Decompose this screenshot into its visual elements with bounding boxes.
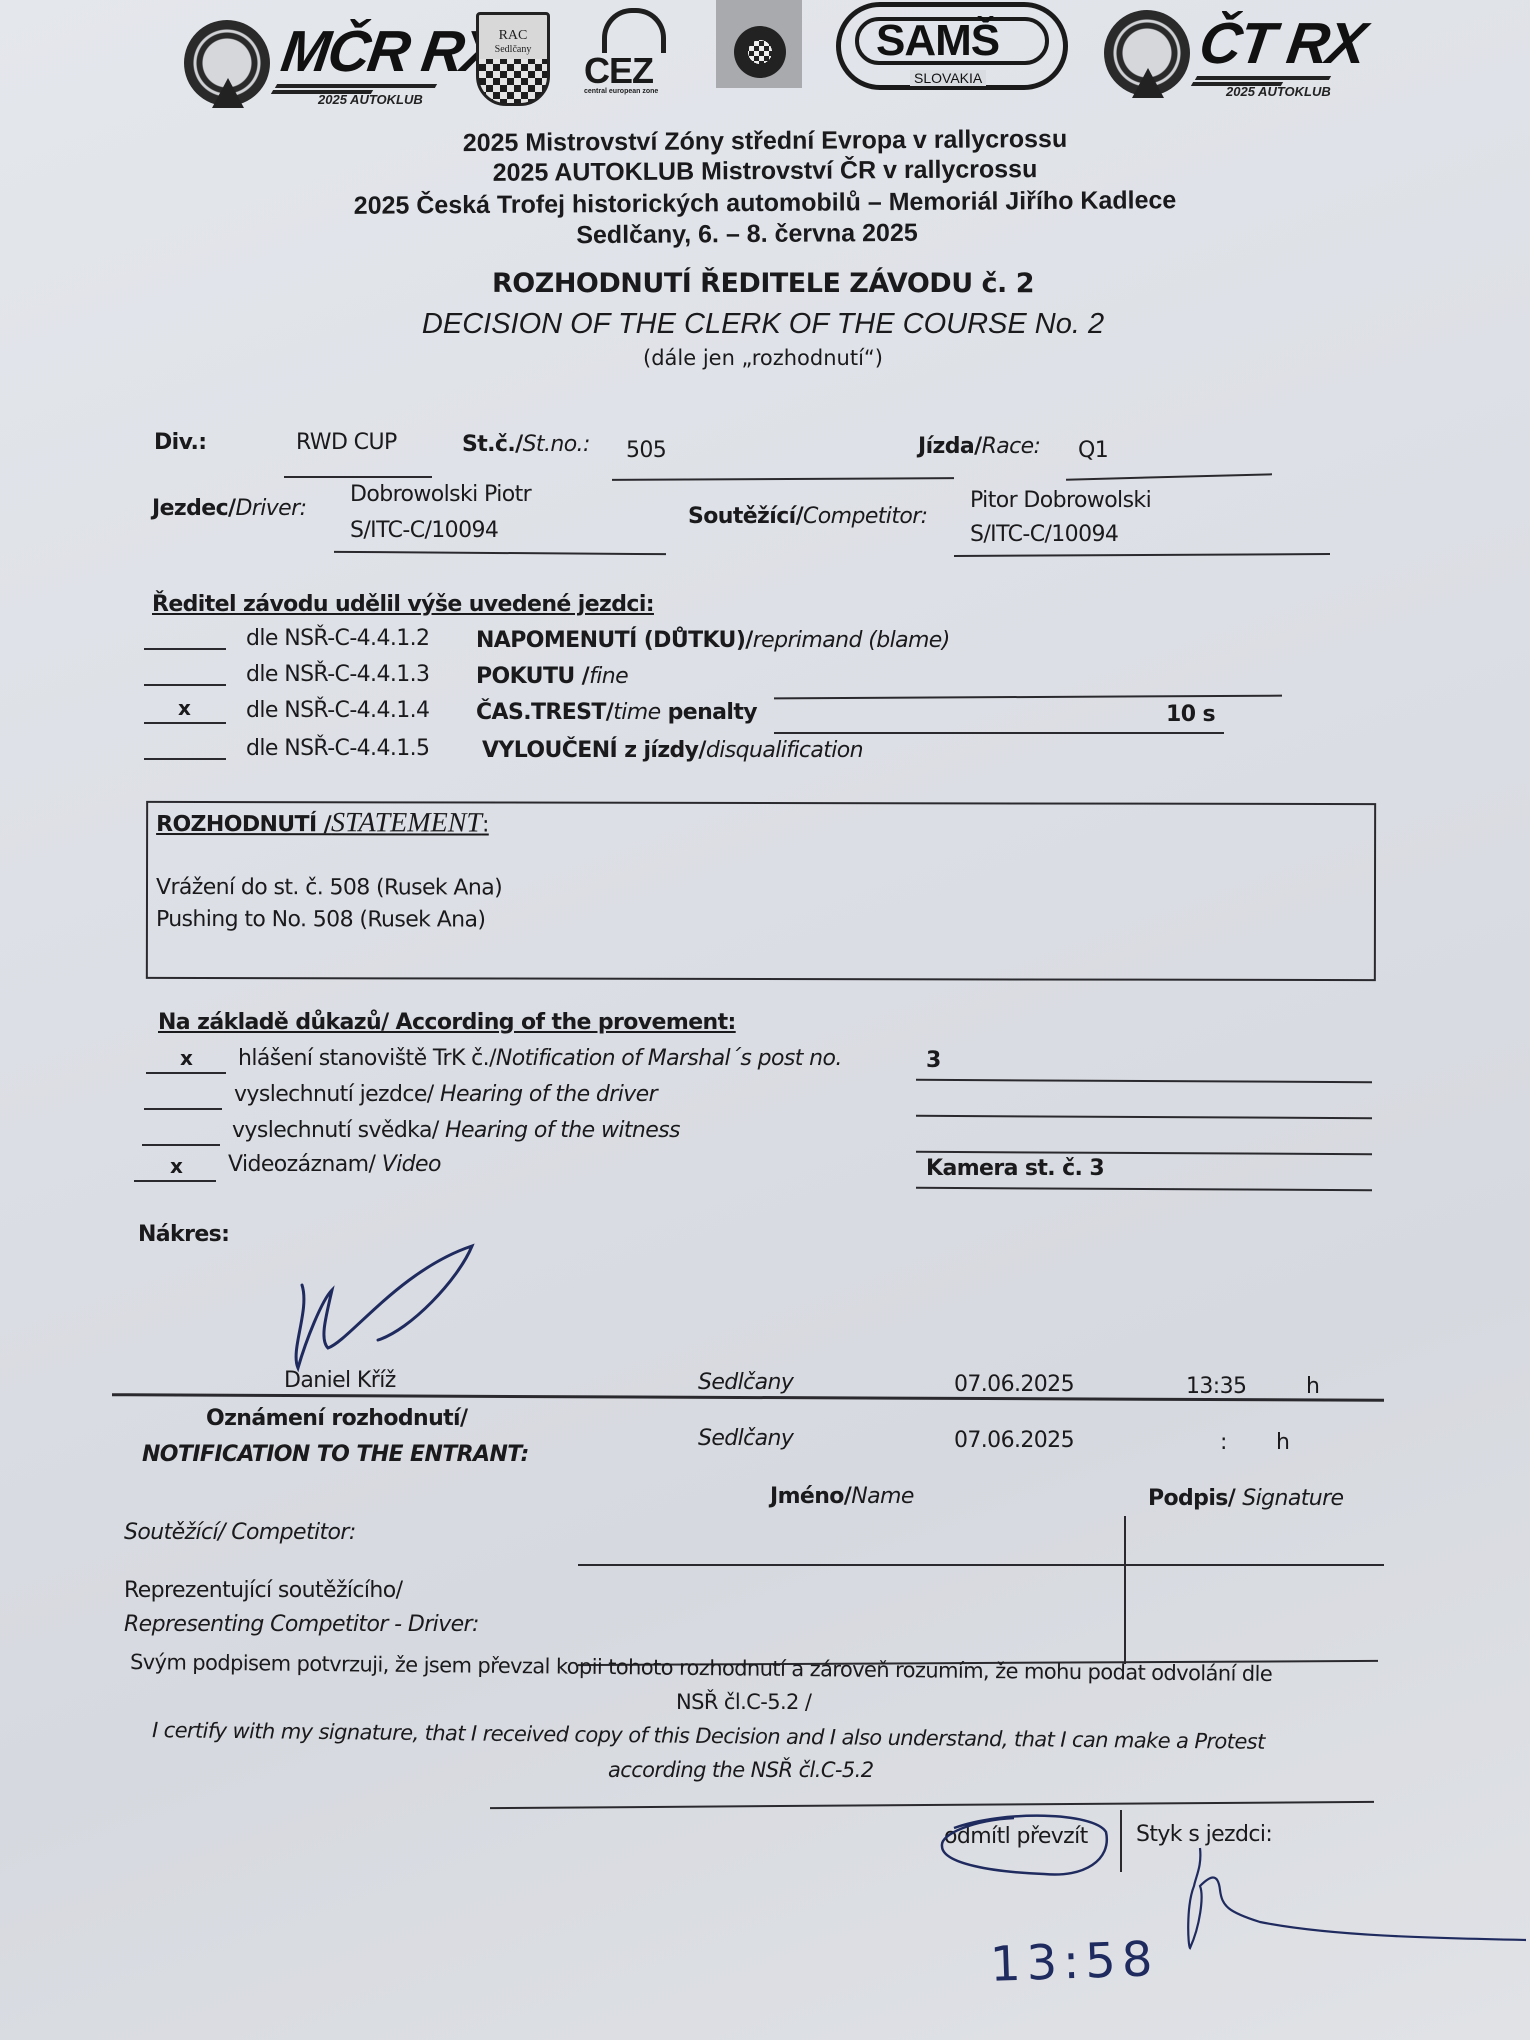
row-label-competitor: Soutěžící/ Competitor: <box>124 1520 356 1545</box>
decision-subtitle: (dále jen „rozhodnutí“) <box>0 346 1528 370</box>
logo-mcr-rx-subtitle: 2025 AUTOKLUB <box>318 92 423 107</box>
statement-text-cz: Vrážení do st. č. 508 (Rusek Ana) <box>156 875 502 901</box>
notification-time: : <box>1220 1430 1227 1455</box>
race-value: Q1 <box>1078 438 1108 463</box>
evidence-heading: Na základě důkazů/ According of the prov… <box>158 1010 736 1035</box>
row-label-representative-en: Representing Competitor - Driver: <box>124 1612 479 1637</box>
penalty-rule: dle NSŘ-C-4.4.1.2 <box>246 626 429 651</box>
column-header-signature: Podpis/ Signature <box>1148 1486 1343 1511</box>
evidence-label: Videozáznam/ Video <box>228 1152 441 1177</box>
notification-unit: h <box>1276 1430 1289 1455</box>
contact-with-drivers-label: Styk s jezdci: <box>1136 1822 1272 1847</box>
signoff-date: 07.06.2025 <box>954 1372 1074 1397</box>
statement-heading: ROZHODNUTÍ /STATEMENT: <box>156 807 489 840</box>
speed-stripe-icon <box>1195 76 1331 80</box>
clerk-signature-icon <box>280 1240 490 1380</box>
evidence-label: vyslechnutí svědka/ Hearing of the witne… <box>232 1118 680 1143</box>
logo-mcr-rx-title: MČR RX <box>277 18 503 85</box>
penalty-rule: dle NSŘ-C-4.4.1.5 <box>246 736 429 761</box>
rac-shield-icon <box>476 12 550 106</box>
certify-cz-ref: NSŘ čl.C-5.2 / <box>676 1690 811 1714</box>
penalty-label: POKUTU /fine <box>476 664 628 689</box>
evidence-mark: x <box>170 1154 183 1178</box>
penalty-rule: dle NSŘ-C-4.4.1.3 <box>246 662 429 687</box>
div-label: Div.: <box>154 430 207 455</box>
decision-title-cz: ROZHODNUTÍ ŘEDITELE ZÁVODU č. 2 <box>0 268 1528 299</box>
video-value: Kamera st. č. 3 <box>926 1156 1104 1181</box>
driver-name: Dobrowolski Piotr <box>350 482 531 507</box>
helmet-icon <box>602 8 666 53</box>
penalty-rule: dle NSŘ-C-4.4.1.4 <box>246 698 429 723</box>
signoff-unit: h <box>1306 1374 1319 1399</box>
pzm-emblem-icon <box>734 26 786 78</box>
time-penalty-value: 10 s <box>1166 702 1215 727</box>
certify-en: I certify with my signature, that I rece… <box>152 1718 1265 1754</box>
driver-license: S/ITC-C/10094 <box>350 518 498 543</box>
notification-label-cz: Oznámení rozhodnutí/ <box>206 1406 467 1431</box>
marshal-post-value: 3 <box>926 1048 941 1073</box>
decision-title-en: DECISION OF THE CLERK OF THE COURSE No. … <box>0 308 1528 341</box>
speed-stripe-icon <box>275 84 437 88</box>
certify-en-ref: according the NSŘ čl.C-5.2 <box>608 1758 873 1782</box>
notification-label-en: NOTIFICATION TO THE ENTRANT: <box>142 1442 529 1467</box>
evidence-mark: x <box>180 1046 193 1070</box>
statement-box: ROZHODNUTÍ /STATEMENT: Vrážení do st. č.… <box>146 801 1376 981</box>
row-label-representative-cz: Reprezentující soutěžícího/ <box>124 1578 402 1603</box>
autoklub-gear-icon <box>184 20 270 106</box>
penalty-label: VYLOUČENÍ z jízdy/disqualification <box>482 738 863 763</box>
autoklub-gear-icon <box>1104 10 1190 96</box>
competitor-label: Soutěžící/Competitor: <box>688 504 927 529</box>
notification-place: Sedlčany <box>698 1426 793 1451</box>
initial-signature-icon <box>1170 1846 1530 1956</box>
signoff-time: 13:35 <box>1186 1374 1246 1399</box>
certify-cz: Svým podpisem potvrzuji, že jsem převzal… <box>130 1650 1272 1686</box>
penalty-mark: x <box>178 696 191 720</box>
evidence-label: vyslechnutí jezdce/ Hearing of the drive… <box>234 1082 657 1107</box>
penalty-label: ČAS.TREST/time penalty <box>476 700 757 725</box>
sketch-label: Nákres: <box>138 1222 229 1247</box>
start-number-label: St.č./St.no.: <box>462 432 590 457</box>
driver-label: Jezdec/Driver: <box>152 496 306 521</box>
clerk-name: Daniel Kříž <box>284 1368 396 1393</box>
statement-text-en: Pushing to No. 508 (Rusek Ana) <box>156 907 485 933</box>
race-label: Jízda/Race: <box>918 434 1040 459</box>
column-header-name: Jméno/Name <box>770 1484 914 1509</box>
div-value: RWD CUP <box>296 430 397 455</box>
ink-circle-icon <box>934 1808 1114 1884</box>
competitor-license: S/ITC-C/10094 <box>970 522 1118 547</box>
notification-date: 07.06.2025 <box>954 1428 1074 1453</box>
evidence-label: hlášení stanoviště TrK č./Notification o… <box>238 1046 842 1071</box>
competitor-name: Pitor Dobrowolski <box>970 488 1151 513</box>
logo-ct-rx-title: ČT RX <box>1195 10 1368 77</box>
signoff-place: Sedlčany <box>698 1370 793 1395</box>
logo-ct-rx-subtitle: 2025 AUTOKLUB <box>1226 84 1331 99</box>
handwritten-time: 13:58 <box>989 1931 1159 1993</box>
penalty-label: NAPOMENUTÍ (DŮTKU)/reprimand (blame) <box>476 628 950 653</box>
start-number-value: 505 <box>626 438 666 463</box>
penalties-heading: Ředitel závodu udělil výše uvedené jezdc… <box>152 592 654 617</box>
